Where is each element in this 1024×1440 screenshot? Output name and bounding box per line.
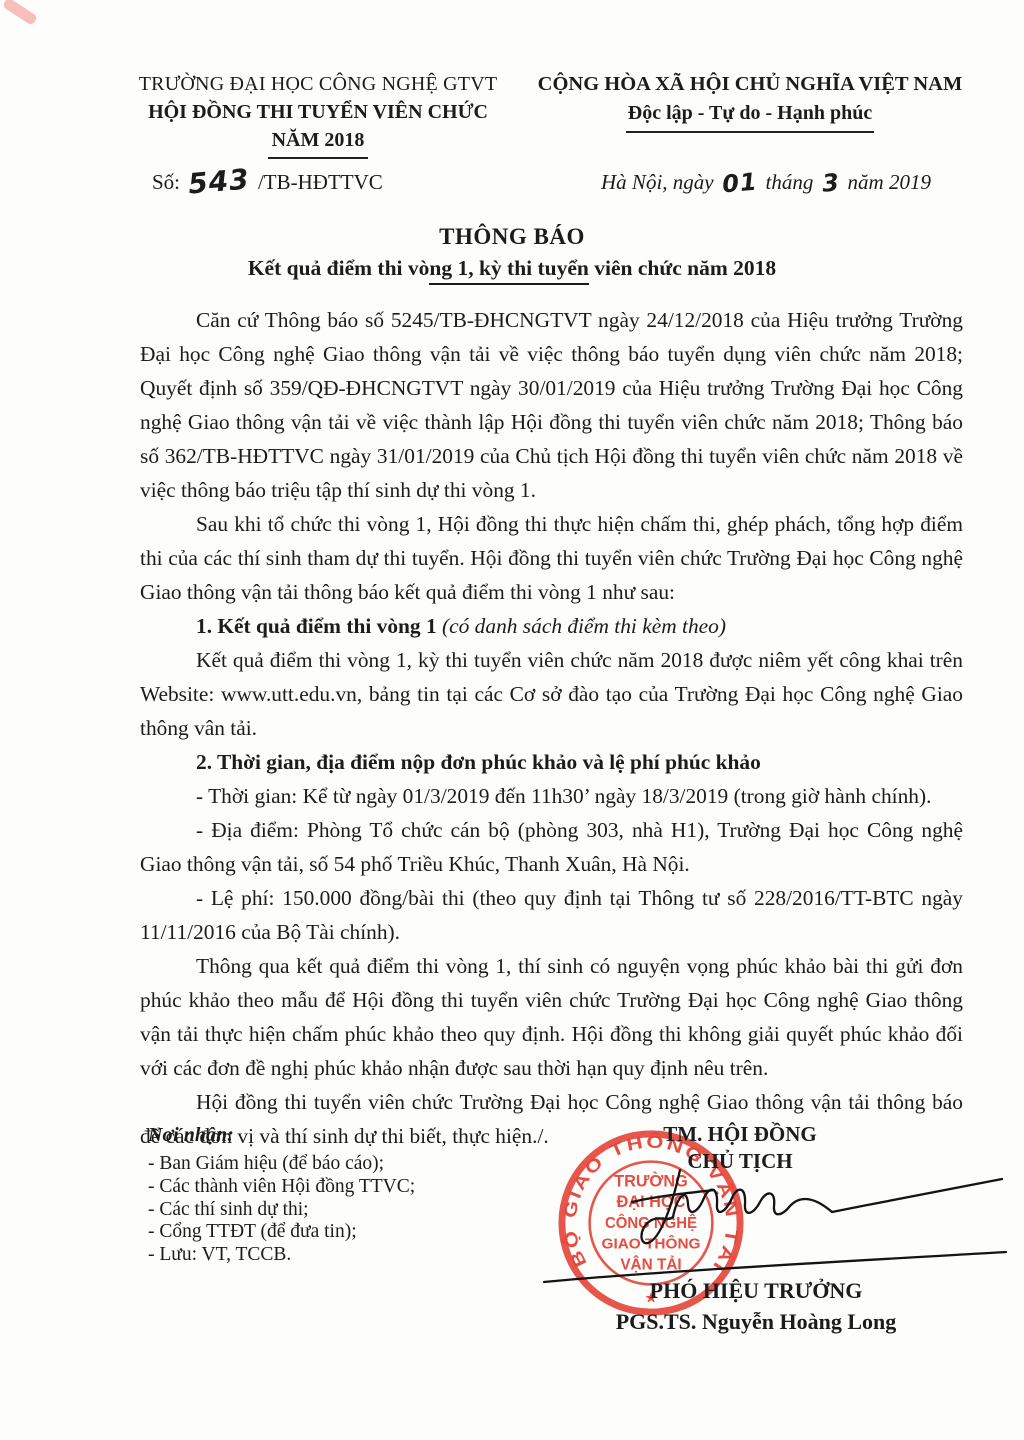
document-title: THÔNG BÁO <box>0 224 1024 250</box>
title-block: THÔNG BÁO Kết quả điểm thi vòng 1, kỳ th… <box>0 224 1024 281</box>
bullet-location: - Địa điểm: Phòng Tổ chức cán bộ (phòng … <box>140 813 963 881</box>
subtitle-post: viên chức năm 2018 <box>589 256 776 280</box>
paragraph-review: Thông qua kết quả điểm thi vòng 1, thí s… <box>140 949 963 1085</box>
subtitle-pre: Kết quả điểm thi vò <box>248 256 430 280</box>
doc-no-handwritten-value: 543 <box>185 169 254 195</box>
signer-position: PHÓ HIỆU TRƯỞNG <box>556 1278 956 1304</box>
date-place: Hà Nội, ngày <box>601 170 714 194</box>
bullet-fee: - Lệ phí: 150.000 đồng/bài thi (theo quy… <box>140 881 963 949</box>
recipient-item: - Ban Giám hiệu (để báo cáo); <box>148 1153 415 1176</box>
national-title: CỘNG HÒA XÃ HỘI CHỦ NGHĨA VIỆT NAM <box>520 70 980 99</box>
date-year: năm 2019 <box>848 170 931 194</box>
section-1-title: 1. Kết quả điểm thi vòng 1 <box>196 614 442 638</box>
org-year: NĂM 2018 <box>268 126 369 159</box>
subtitle-underlined: ng 1, kỳ thi tuyển <box>429 256 589 285</box>
paragraph-summary: Sau khi tổ chức thi vòng 1, Hội đồng thi… <box>140 507 963 609</box>
letterhead-national-block: CỘNG HÒA XÃ HỘI CHỦ NGHĨA VIỆT NAM Độc l… <box>520 70 980 133</box>
doc-no-label: Số: <box>152 170 180 194</box>
recipient-item: - Các thành viên Hội đồng TTVC; <box>148 1176 415 1199</box>
signature-on-behalf: TM. HỘI ĐỒNG <box>540 1121 940 1148</box>
date-mid: tháng <box>766 170 814 194</box>
signer-name: PGS.TS. Nguyễn Hoàng Long <box>556 1309 956 1335</box>
letterhead-org-block: TRƯỜNG ĐẠI HỌC CÔNG NGHỆ GTVT HỘI ĐỒNG T… <box>118 70 518 159</box>
document-date: Hà Nội, ngày 01 tháng 3 năm 2019 <box>556 170 976 195</box>
section-2-heading: 2. Thời gian, địa điểm nộp đơn phúc khảo… <box>140 745 963 779</box>
handwritten-signature-icon <box>540 1160 1010 1290</box>
scanned-document-page: TRƯỜNG ĐẠI HỌC CÔNG NGHỆ GTVT HỘI ĐỒNG T… <box>0 0 1024 1440</box>
paragraph-basis: Căn cứ Thông báo số 5245/TB-ĐHCNGTVT ngà… <box>140 303 963 507</box>
document-number: Số: 543 /TB-HĐTTVC <box>152 170 383 195</box>
recipient-item: - Cổng TTĐT (để đưa tin); <box>148 1221 415 1244</box>
document-body: Căn cứ Thông báo số 5245/TB-ĐHCNGTVT ngà… <box>140 303 963 1153</box>
section-1-note: (có danh sách điểm thi kèm theo) <box>442 614 726 638</box>
scan-artifact-mark <box>2 0 38 26</box>
date-day-handwritten: 01 <box>718 171 761 195</box>
paragraph-results: Kết quả điểm thi vòng 1, kỳ thi tuyển vi… <box>140 643 963 745</box>
recipients-title: Nơi nhận: <box>148 1124 415 1147</box>
document-subtitle: Kết quả điểm thi vòng 1, kỳ thi tuyển vi… <box>0 256 1024 281</box>
org-council: HỘI ĐỒNG THI TUYỂN VIÊN CHỨC <box>118 98 518 126</box>
recipients-list: Nơi nhận: - Ban Giám hiệu (để báo cáo); … <box>148 1124 415 1267</box>
date-month-handwritten: 3 <box>818 172 843 194</box>
signature-block: PHÓ HIỆU TRƯỞNG PGS.TS. Nguyễn Hoàng Lon… <box>556 1278 956 1335</box>
recipient-item: - Các thí sinh dự thi; <box>148 1199 415 1222</box>
doc-no-suffix: /TB-HĐTTVC <box>258 170 383 194</box>
section-1-heading: 1. Kết quả điểm thi vòng 1 (có danh sách… <box>140 609 963 643</box>
org-name: TRƯỜNG ĐẠI HỌC CÔNG NGHỆ GTVT <box>118 70 518 98</box>
national-motto: Độc lập - Tự do - Hạnh phúc <box>626 99 874 133</box>
bullet-time: - Thời gian: Kể từ ngày 01/3/2019 đến 11… <box>140 779 963 813</box>
recipient-item: - Lưu: VT, TCCB. <box>148 1244 415 1267</box>
